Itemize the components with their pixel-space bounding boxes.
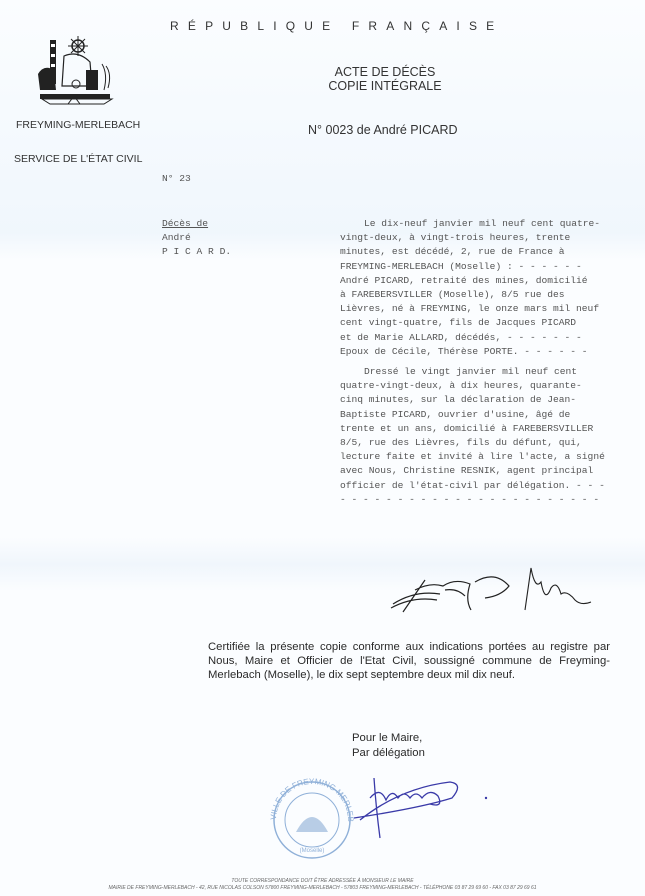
line: quatre-vingt-deux, à dix heures, quarant… — [340, 380, 582, 391]
page-footer: TOUTE CORRESPONDANCE DOIT ÊTRE ADRESSÉE … — [0, 878, 645, 891]
mayor-signature-icon — [340, 768, 500, 848]
republic-header: RÉPUBLIQUE FRANÇAISE — [170, 19, 503, 33]
pour-le-maire: Pour le Maire, — [352, 731, 425, 746]
line: André PICARD, retraité des mines, domici… — [340, 275, 588, 286]
stamp-bottom-text: (Moselle) — [300, 848, 325, 854]
original-signatures-icon — [385, 560, 595, 620]
line: Dressé le vingt janvier mil neuf cent — [340, 366, 577, 377]
margin-last-name: P I C A R D. — [162, 245, 231, 259]
par-delegation: Par délégation — [352, 746, 425, 761]
certification-paragraph: Certifiée la présente copie conforme aux… — [208, 640, 610, 682]
line: officier de l'état-civil par délégation.… — [340, 480, 605, 491]
record-number: N° 23 — [162, 172, 191, 186]
service-label: SERVICE DE L'ÉTAT CIVIL — [14, 153, 142, 165]
margin-note: Décès de André P I C A R D. — [162, 217, 231, 260]
line: Epoux de Cécile, Thérèse PORTE. - - - - … — [340, 346, 588, 357]
line: FREYMING-MERLEBACH (Moselle) : - - - - -… — [340, 261, 582, 272]
line: cent vingt-quatre, fils de Jacques PICAR… — [340, 317, 576, 328]
record-number-title: N° 0023 de André PICARD — [308, 123, 458, 137]
document-title: ACTE DE DÉCÈS COPIE INTÉGRALE — [310, 65, 460, 93]
paragraph-drawn-up: Dressé le vingt janvier mil neuf cent qu… — [340, 365, 615, 507]
line: cinq minutes, sur la déclaration de Jean… — [340, 394, 576, 405]
paragraph-death-declaration: Le dix-neuf janvier mil neuf cent quatre… — [340, 217, 615, 359]
margin-first-name: André — [162, 231, 231, 245]
line: minutes, est décédé, 2, rue de France à — [340, 246, 565, 257]
line: lecture faite et invité à lire l'acte, a… — [340, 451, 605, 462]
line: - - - - - - - - - - - - - - - - - - - - … — [340, 494, 599, 505]
line: Le dix-neuf janvier mil neuf cent quatre… — [340, 218, 600, 229]
line: trente et un ans, domicilié à FAREBERSVI… — [340, 423, 593, 434]
footer-line2: MAIRIE DE FREYMING-MERLEBACH - 42, RUE N… — [0, 885, 645, 892]
line: et de Marie ALLARD, décédés, - - - - - -… — [340, 332, 582, 343]
signatory-block: Pour le Maire, Par délégation — [352, 731, 425, 760]
line: Lièvres, né à FREYMING, le onze mars mil… — [340, 303, 599, 314]
certification-text: Certifiée la présente copie conforme aux… — [208, 640, 610, 682]
line: avec Nous, Christine RESNIK, agent princ… — [340, 465, 593, 476]
town-name: FREYMING-MERLEBACH — [16, 119, 140, 131]
margin-heading: Décès de — [162, 217, 231, 231]
line: vingt-deux, à vingt-trois heures, trente — [340, 232, 570, 243]
document-title-line1: ACTE DE DÉCÈS — [310, 65, 460, 79]
line: à FAREBERSVILLER (Moselle), 8/5 rue des — [340, 289, 565, 300]
line: Baptiste PICARD, ouvrier d'usine, âgé de — [340, 409, 570, 420]
record-body: Le dix-neuf janvier mil neuf cent quatre… — [340, 217, 615, 507]
line: 8/5, rue des Lièvres, fils du défunt, qu… — [340, 437, 582, 448]
town-coat-of-arms-icon — [34, 34, 120, 110]
document-title-line2: COPIE INTÉGRALE — [310, 79, 460, 93]
